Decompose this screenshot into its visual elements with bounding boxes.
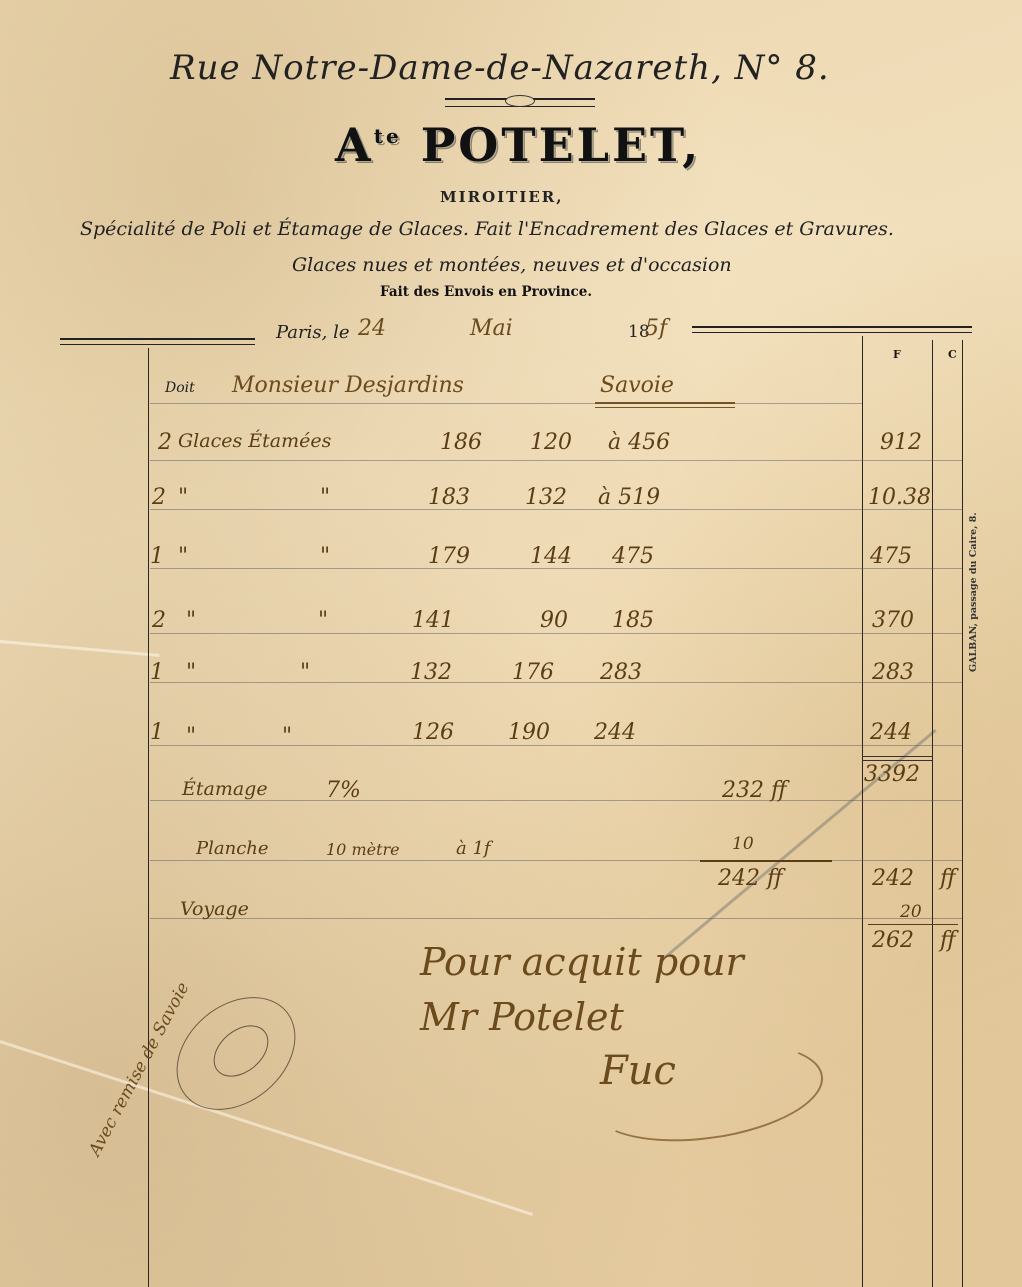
item-rate: à 456 — [608, 430, 670, 455]
printer-credit: GALBAN, passage du Caire, 8. — [968, 512, 979, 672]
item-dim2: 190 — [508, 720, 550, 745]
item-ditto: " — [320, 485, 330, 510]
invoice-year-suffix: 5f — [645, 316, 667, 341]
total-rule — [868, 924, 958, 925]
item-rate: à 519 — [598, 485, 660, 510]
item-dim1: 126 — [412, 720, 454, 745]
item-qty: 2 — [158, 430, 172, 455]
total-amount: 262 — [872, 928, 914, 953]
item-amount: 10.38 — [868, 485, 931, 510]
ruled-line — [150, 633, 962, 634]
item-dim1: 183 — [428, 485, 470, 510]
item-description: " — [186, 660, 196, 685]
subtotal-amount: 3392 — [864, 762, 920, 787]
paper-crease — [0, 640, 160, 657]
item-amount: 244 — [870, 720, 912, 745]
ruled-line — [150, 918, 962, 919]
item-qty: 2 — [152, 485, 166, 510]
item-description: " — [186, 608, 196, 633]
centimes-column-header: C — [948, 348, 957, 361]
item-ditto: " — [282, 724, 292, 749]
item-description: Glaces Étamées — [178, 430, 331, 452]
item-dim1: 186 — [440, 430, 482, 455]
item-dim1: 179 — [428, 544, 470, 569]
invoice-document: Rue Notre-Dame-de-Nazareth, N° 8. Ate PO… — [0, 0, 1022, 1287]
item-qty: 1 — [150, 660, 164, 685]
address-line: Rue Notre-Dame-de-Nazareth, N° 8. — [170, 48, 830, 88]
ruled-line — [150, 800, 962, 801]
item-rate: 283 — [600, 660, 642, 685]
item-ditto: " — [300, 660, 310, 685]
extra-label: Voyage — [180, 898, 249, 920]
item-description: " — [178, 485, 188, 510]
merchant-surname: POTELET, — [421, 118, 702, 172]
ruled-line — [150, 860, 962, 861]
receipt-line-2: Mr Potelet — [420, 995, 624, 1039]
extra-amount: 242 — [872, 866, 914, 891]
item-rate: 244 — [594, 720, 636, 745]
extra-calc-top: 10 — [732, 834, 754, 854]
item-qty: 2 — [152, 608, 166, 633]
ruled-line — [150, 403, 862, 404]
item-ditto: " — [320, 544, 330, 569]
item-description: " — [186, 724, 196, 749]
item-qty: 1 — [150, 720, 164, 745]
date-rule-right — [692, 326, 972, 333]
ruled-line — [150, 745, 962, 746]
item-dim1: 141 — [412, 608, 454, 633]
calc-rule — [700, 860, 832, 862]
extra-label: Étamage — [182, 778, 268, 800]
merchant-name: Ate POTELET, — [335, 118, 701, 172]
extra-rate: à 1f — [456, 838, 491, 859]
ruled-line — [150, 460, 962, 461]
item-description: " — [178, 544, 188, 569]
right-border-line — [962, 340, 963, 1287]
receipt-line-1: Pour acquit pour — [420, 940, 744, 984]
item-ditto: " — [318, 608, 328, 633]
item-amount: 475 — [870, 544, 912, 569]
specialty-line-1: Spécialité de Poli et Étamage de Glaces.… — [80, 218, 894, 240]
item-amount: 912 — [880, 430, 922, 455]
extra-amount: 20 — [900, 902, 922, 922]
item-dim2: 132 — [525, 485, 567, 510]
merchant-initial: A — [335, 118, 374, 172]
merchant-trade: MIROITIER, — [440, 188, 563, 206]
item-amount: 283 — [872, 660, 914, 685]
item-dim2: 176 — [512, 660, 554, 685]
merchant-initial-sup: te — [374, 124, 402, 148]
item-dim2: 120 — [530, 430, 572, 455]
extra-detail: 10 mètre — [326, 840, 400, 859]
extra-calc: 242 ff — [718, 866, 783, 891]
shipping-note: Fait des Envois en Province. — [380, 284, 592, 300]
extra-centimes: ff — [940, 866, 956, 891]
francs-column-line — [862, 336, 863, 1287]
ornament-flourish — [505, 95, 535, 107]
extra-label: Planche — [196, 838, 269, 859]
total-centimes: ff — [940, 928, 956, 953]
item-rate: 185 — [612, 608, 654, 633]
client-city: Savoie — [600, 373, 674, 398]
item-amount: 370 — [872, 608, 914, 633]
client-name: Monsieur Desjardins — [232, 373, 464, 398]
extra-calc: 232 ff — [722, 778, 787, 803]
item-qty: 1 — [150, 544, 164, 569]
item-dim2: 90 — [540, 608, 568, 633]
subtotal-rule — [862, 756, 932, 761]
item-dim2: 144 — [530, 544, 572, 569]
margin-column-line — [148, 348, 149, 1287]
specialty-line-2: Glaces nues et montées, neuves et d'occa… — [292, 254, 732, 276]
debtor-label: Doit — [165, 380, 195, 396]
ruled-line — [150, 682, 962, 683]
centimes-column-line — [932, 340, 933, 1287]
date-rule-left — [60, 338, 255, 345]
place-label: Paris, le — [276, 322, 350, 343]
extra-detail: 7% — [326, 778, 361, 803]
francs-column-header: F — [893, 348, 901, 361]
item-dim1: 132 — [410, 660, 452, 685]
item-rate: 475 — [612, 544, 654, 569]
invoice-day: 24 — [358, 316, 386, 341]
invoice-month: Mai — [470, 316, 513, 341]
